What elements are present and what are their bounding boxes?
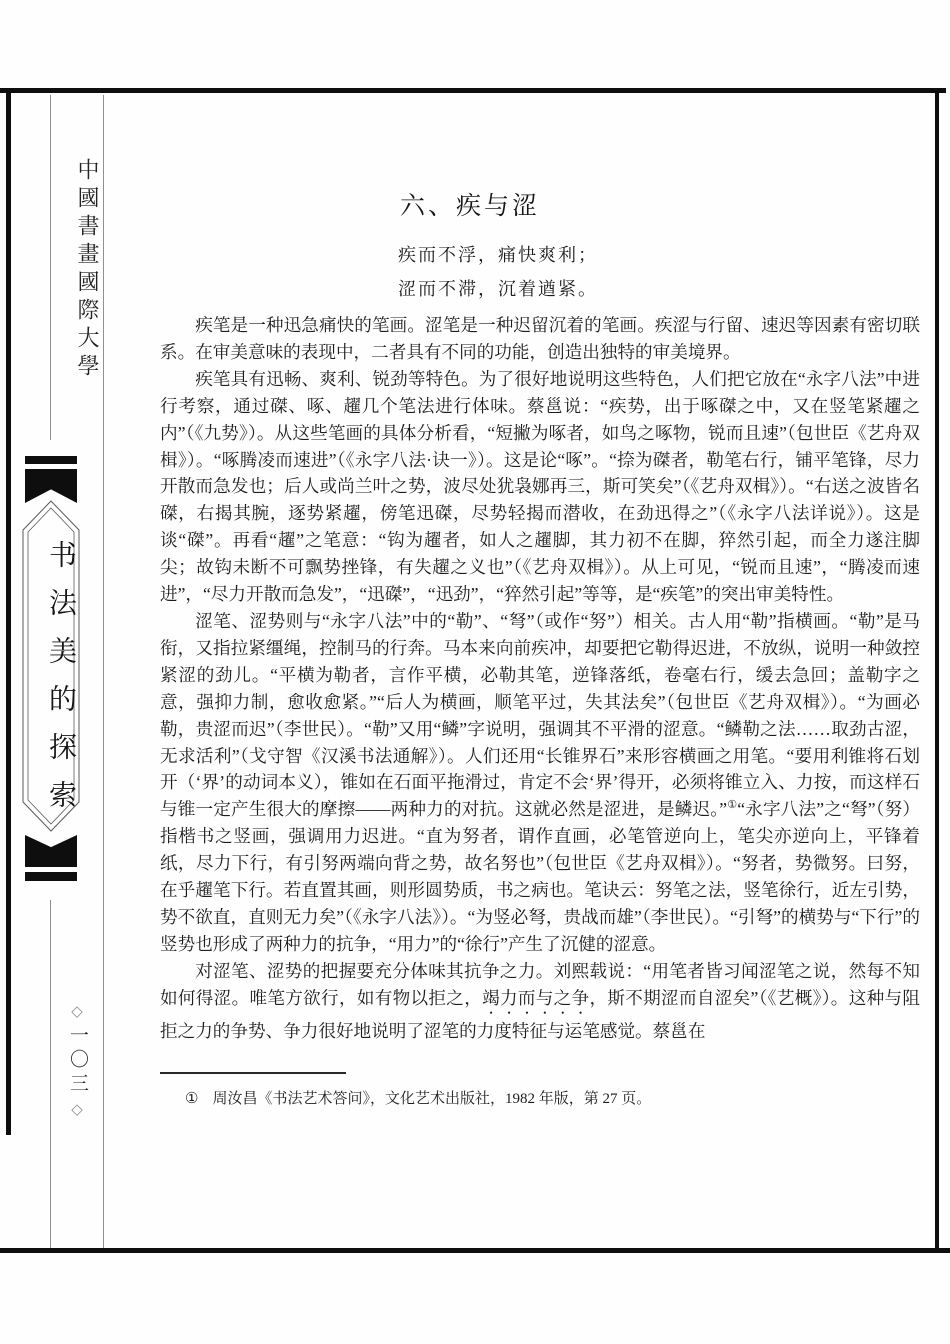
page-number-vertical: 一〇三 <box>51 1025 103 1097</box>
paragraph-text: 疾笔是一种迅急痛快的笔画。涩笔是一种迟留沉着的笔画。疾涩与行留、速迟等因素有密切… <box>160 315 920 362</box>
footnote-text: 周汝昌《书法艺术答问》，文化艺术出版社，1982 年版，第 27 页。 <box>212 1091 651 1107</box>
body-paragraph: 对涩笔、涩势的把握要充分体味其抗争之力。刘熙载说：“用笔者皆习闻涩笔之说，然每不… <box>160 958 920 1045</box>
banner-bottom-bar <box>25 872 77 881</box>
footnote-separator <box>160 1072 346 1074</box>
body-paragraph: 涩笔、涩势则与“永字八法”中的“勒”、“弩”（或作“努”）相关。古人用“勒”指横… <box>160 608 920 958</box>
book-title-vertical: 书法美的探索 <box>22 540 80 828</box>
epigraph: 疾而不浮，痛快爽利； 涩而不滞，沉着遒紧。 <box>398 238 598 306</box>
body-paragraphs: 疾笔是一种迅急痛快的笔画。涩笔是一种迟留沉着的笔画。疾涩与行留、速迟等因素有密切… <box>160 312 920 1045</box>
paragraph-text: “永字八法”之“弩”（努）指楷书之竖画，强调用力迟进。“直为努者，谓作直画，必笔… <box>160 799 920 954</box>
diamond-ornament-bottom: ◇ <box>71 1101 83 1119</box>
page-number-block: ◇ 一〇三 ◇ <box>51 1003 103 1143</box>
body-paragraph: 疾笔是一种迅急痛快的笔画。涩笔是一种迟留沉着的笔画。疾涩与行留、速迟等因素有密切… <box>160 312 920 366</box>
paragraph-text: 疾笔具有迅畅、爽利、锐劲等特色。为了很好地说明这些特色，人们把它放在“永字八法”… <box>160 369 920 604</box>
diamond-ornament-top: ◇ <box>71 1003 83 1021</box>
book-title-banner: 书法美的探索 <box>22 456 80 882</box>
epigraph-line-1: 疾而不浮，痛快爽利； <box>398 238 598 272</box>
page-border-bottom <box>0 1248 950 1253</box>
folio-rule-right <box>103 95 104 1248</box>
book-page: 中國書畫國際大學 书法美的探索 ◇ 一〇三 ◇ 六、疾与涩 疾而不浮，痛快爽利；… <box>0 0 950 1344</box>
footnote: ①周汝昌《书法艺术答问》，文化艺术出版社，1982 年版，第 27 页。 <box>185 1088 905 1110</box>
epigraph-line-2: 涩而不滞，沉着遒紧。 <box>398 272 598 306</box>
chapter-title: 六、疾与涩 <box>90 186 850 222</box>
page-border-top <box>0 88 946 93</box>
banner-ribbon-top <box>25 469 77 503</box>
body-paragraph: 疾笔具有迅畅、爽利、锐劲等特色。为了很好地说明这些特色，人们把它放在“永字八法”… <box>160 366 920 608</box>
banner-top-bar <box>25 456 77 464</box>
page-border-right <box>935 88 939 1253</box>
footnote-marker: ① <box>185 1091 198 1107</box>
page-border-left <box>6 88 11 1135</box>
banner-ribbon-bottom <box>25 835 77 867</box>
footnote-reference: ① <box>727 799 737 811</box>
paragraph-text: 涩笔、涩势则与“永字八法”中的“勒”、“弩”（或作“努”）相关。古人用“勒”指横… <box>160 611 920 819</box>
emphasized-text: 竭力而与之争 <box>482 988 589 1008</box>
